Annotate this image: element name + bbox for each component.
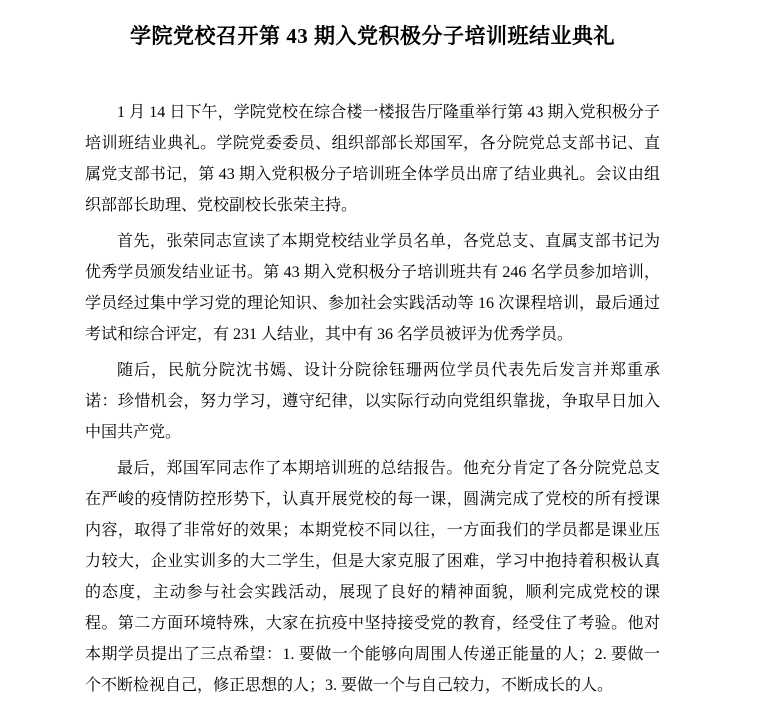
paragraph-4: 最后，郑国军同志作了本期培训班的总结报告。他充分肯定了各分院党总支在严峻的疫情防…: [85, 453, 660, 701]
paragraph-1: 1 月 14 日下午，学院党校在综合楼一楼报告厅隆重举行第 43 期入党积极分子…: [85, 97, 660, 221]
paragraph-3: 随后，民航分院沈书嫣、设计分院徐钰珊两位学员代表先后发言并郑重承诺：珍惜机会，努…: [85, 355, 660, 448]
document-page: 学院党校召开第 43 期入党积极分子培训班结业典礼 1 月 14 日下午，学院党…: [0, 0, 764, 710]
paragraph-2: 首先，张荣同志宣读了本期党校结业学员名单，各党总支、直属支部书记为优秀学员颁发结…: [85, 226, 660, 350]
document-body: 1 月 14 日下午，学院党校在综合楼一楼报告厅隆重举行第 43 期入党积极分子…: [85, 97, 660, 701]
document-title: 学院党校召开第 43 期入党积极分子培训班结业典礼: [85, 22, 660, 50]
